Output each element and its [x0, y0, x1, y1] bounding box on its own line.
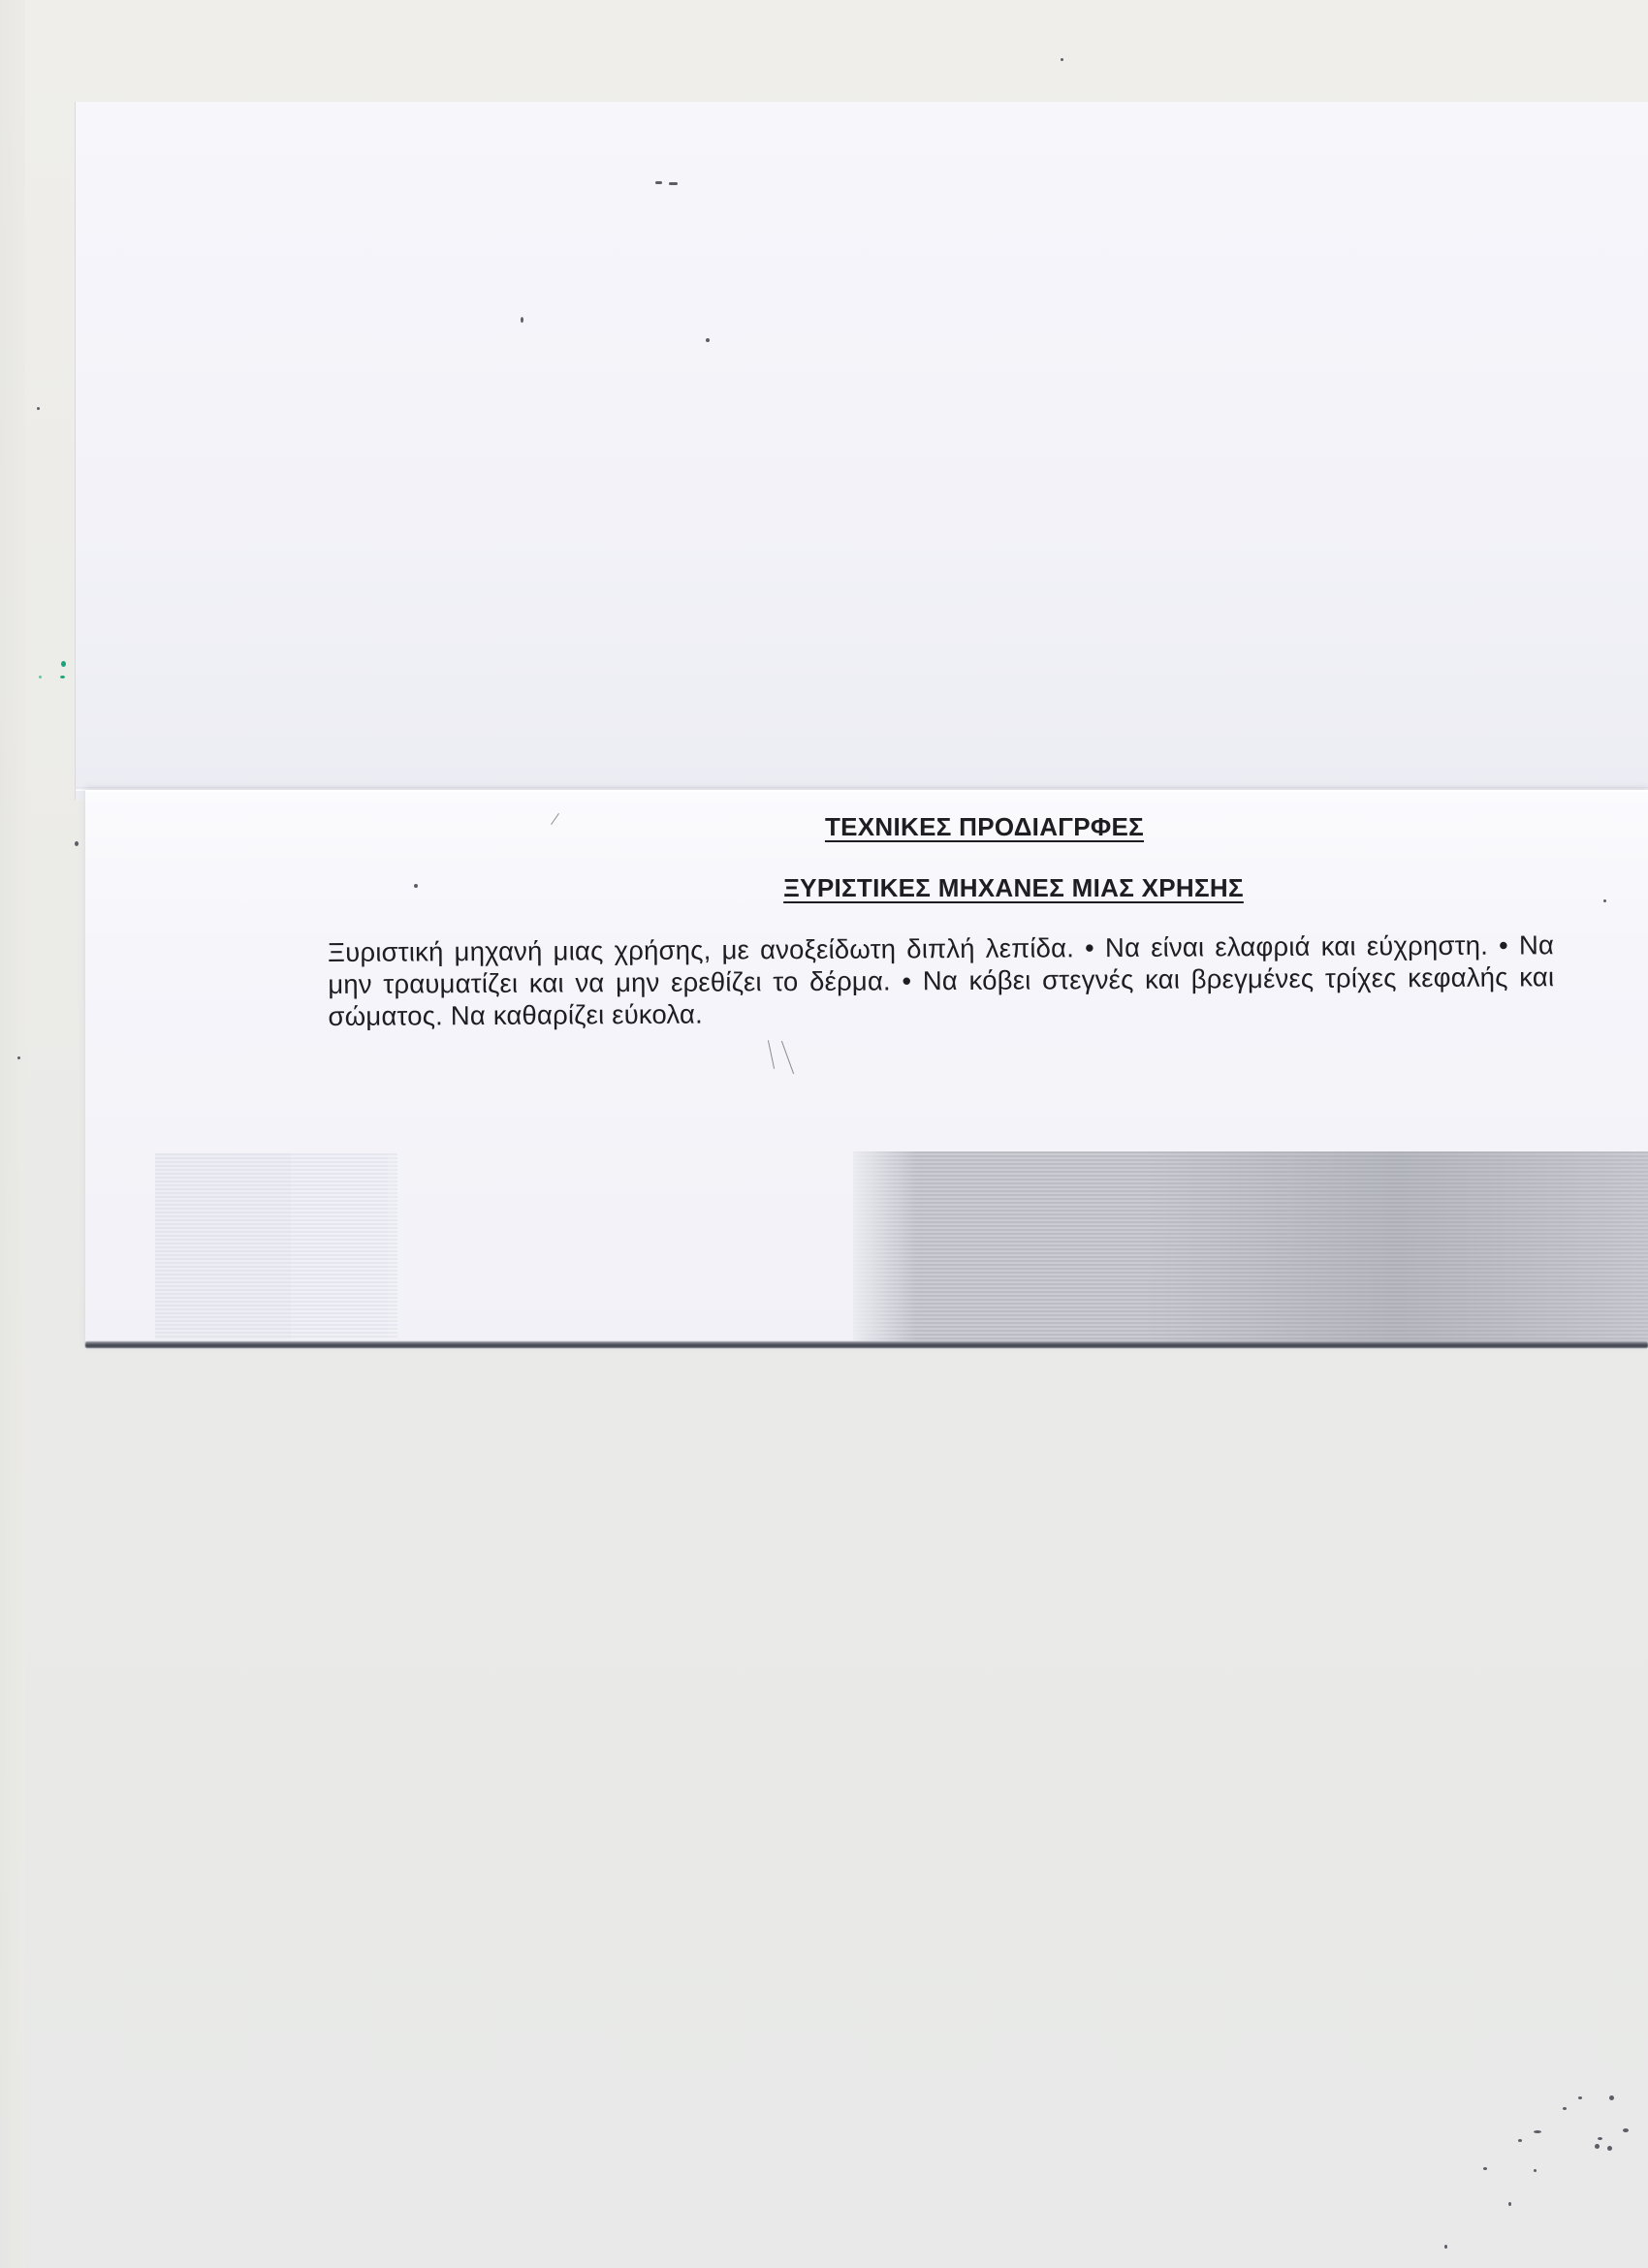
document-subtitle: ΞΥΡΙΣΤΙΚΕΣ ΜΗΧΑΝΕΣ ΜΙΑΣ ΧΡΗΣΗΣ	[473, 873, 1554, 903]
dust-speck	[1534, 2169, 1537, 2172]
dust-speck	[1563, 2107, 1567, 2110]
dust-speck	[1534, 2130, 1541, 2133]
dust-speck	[414, 884, 418, 888]
dust-speck	[75, 841, 79, 846]
dust-speck	[1508, 2202, 1511, 2206]
document-title: ΤΕΧΝΙΚΕΣ ΠΡΟΔΙΑΓΡΦΕΣ	[415, 812, 1554, 842]
dust-speck	[521, 317, 523, 323]
green-ink-mark	[39, 676, 42, 678]
paper-bottom-edge	[85, 1341, 1648, 1348]
green-ink-mark	[60, 676, 65, 678]
green-ink-mark	[61, 661, 66, 667]
dust-speck	[1609, 2095, 1614, 2100]
scan-shadow	[1144, 1151, 1648, 1341]
dust-speck	[1483, 2167, 1487, 2170]
dust-speck	[1623, 2128, 1629, 2132]
dust-speck	[17, 1056, 20, 1059]
dust-speck	[37, 407, 40, 410]
paper-sheet-back-fold	[76, 102, 1648, 800]
dust-speck	[1598, 2137, 1602, 2140]
dust-speck	[1578, 2096, 1582, 2099]
dust-speck	[1518, 2139, 1522, 2142]
scanner-edge-strip	[0, 0, 25, 2268]
dust-speck	[1607, 2146, 1612, 2151]
dust-speck	[669, 182, 678, 185]
dust-speck	[1595, 2144, 1600, 2149]
specification-paragraph: Ξυριστική μηχανή μιας χρήσης, με ανοξείδ…	[328, 929, 1555, 1032]
bleed-through-text-column	[291, 1153, 397, 1339]
dust-speck	[1603, 899, 1606, 902]
dust-speck	[1444, 2245, 1447, 2249]
dust-speck	[706, 338, 710, 342]
dust-speck	[655, 181, 662, 184]
document-content: ΤΕΧΝΙΚΕΣ ΠΡΟΔΙΑΓΡΦΕΣ ΞΥΡΙΣΤΙΚΕΣ ΜΗΧΑΝΕΣ …	[328, 812, 1554, 1032]
dust-speck	[1061, 58, 1063, 61]
